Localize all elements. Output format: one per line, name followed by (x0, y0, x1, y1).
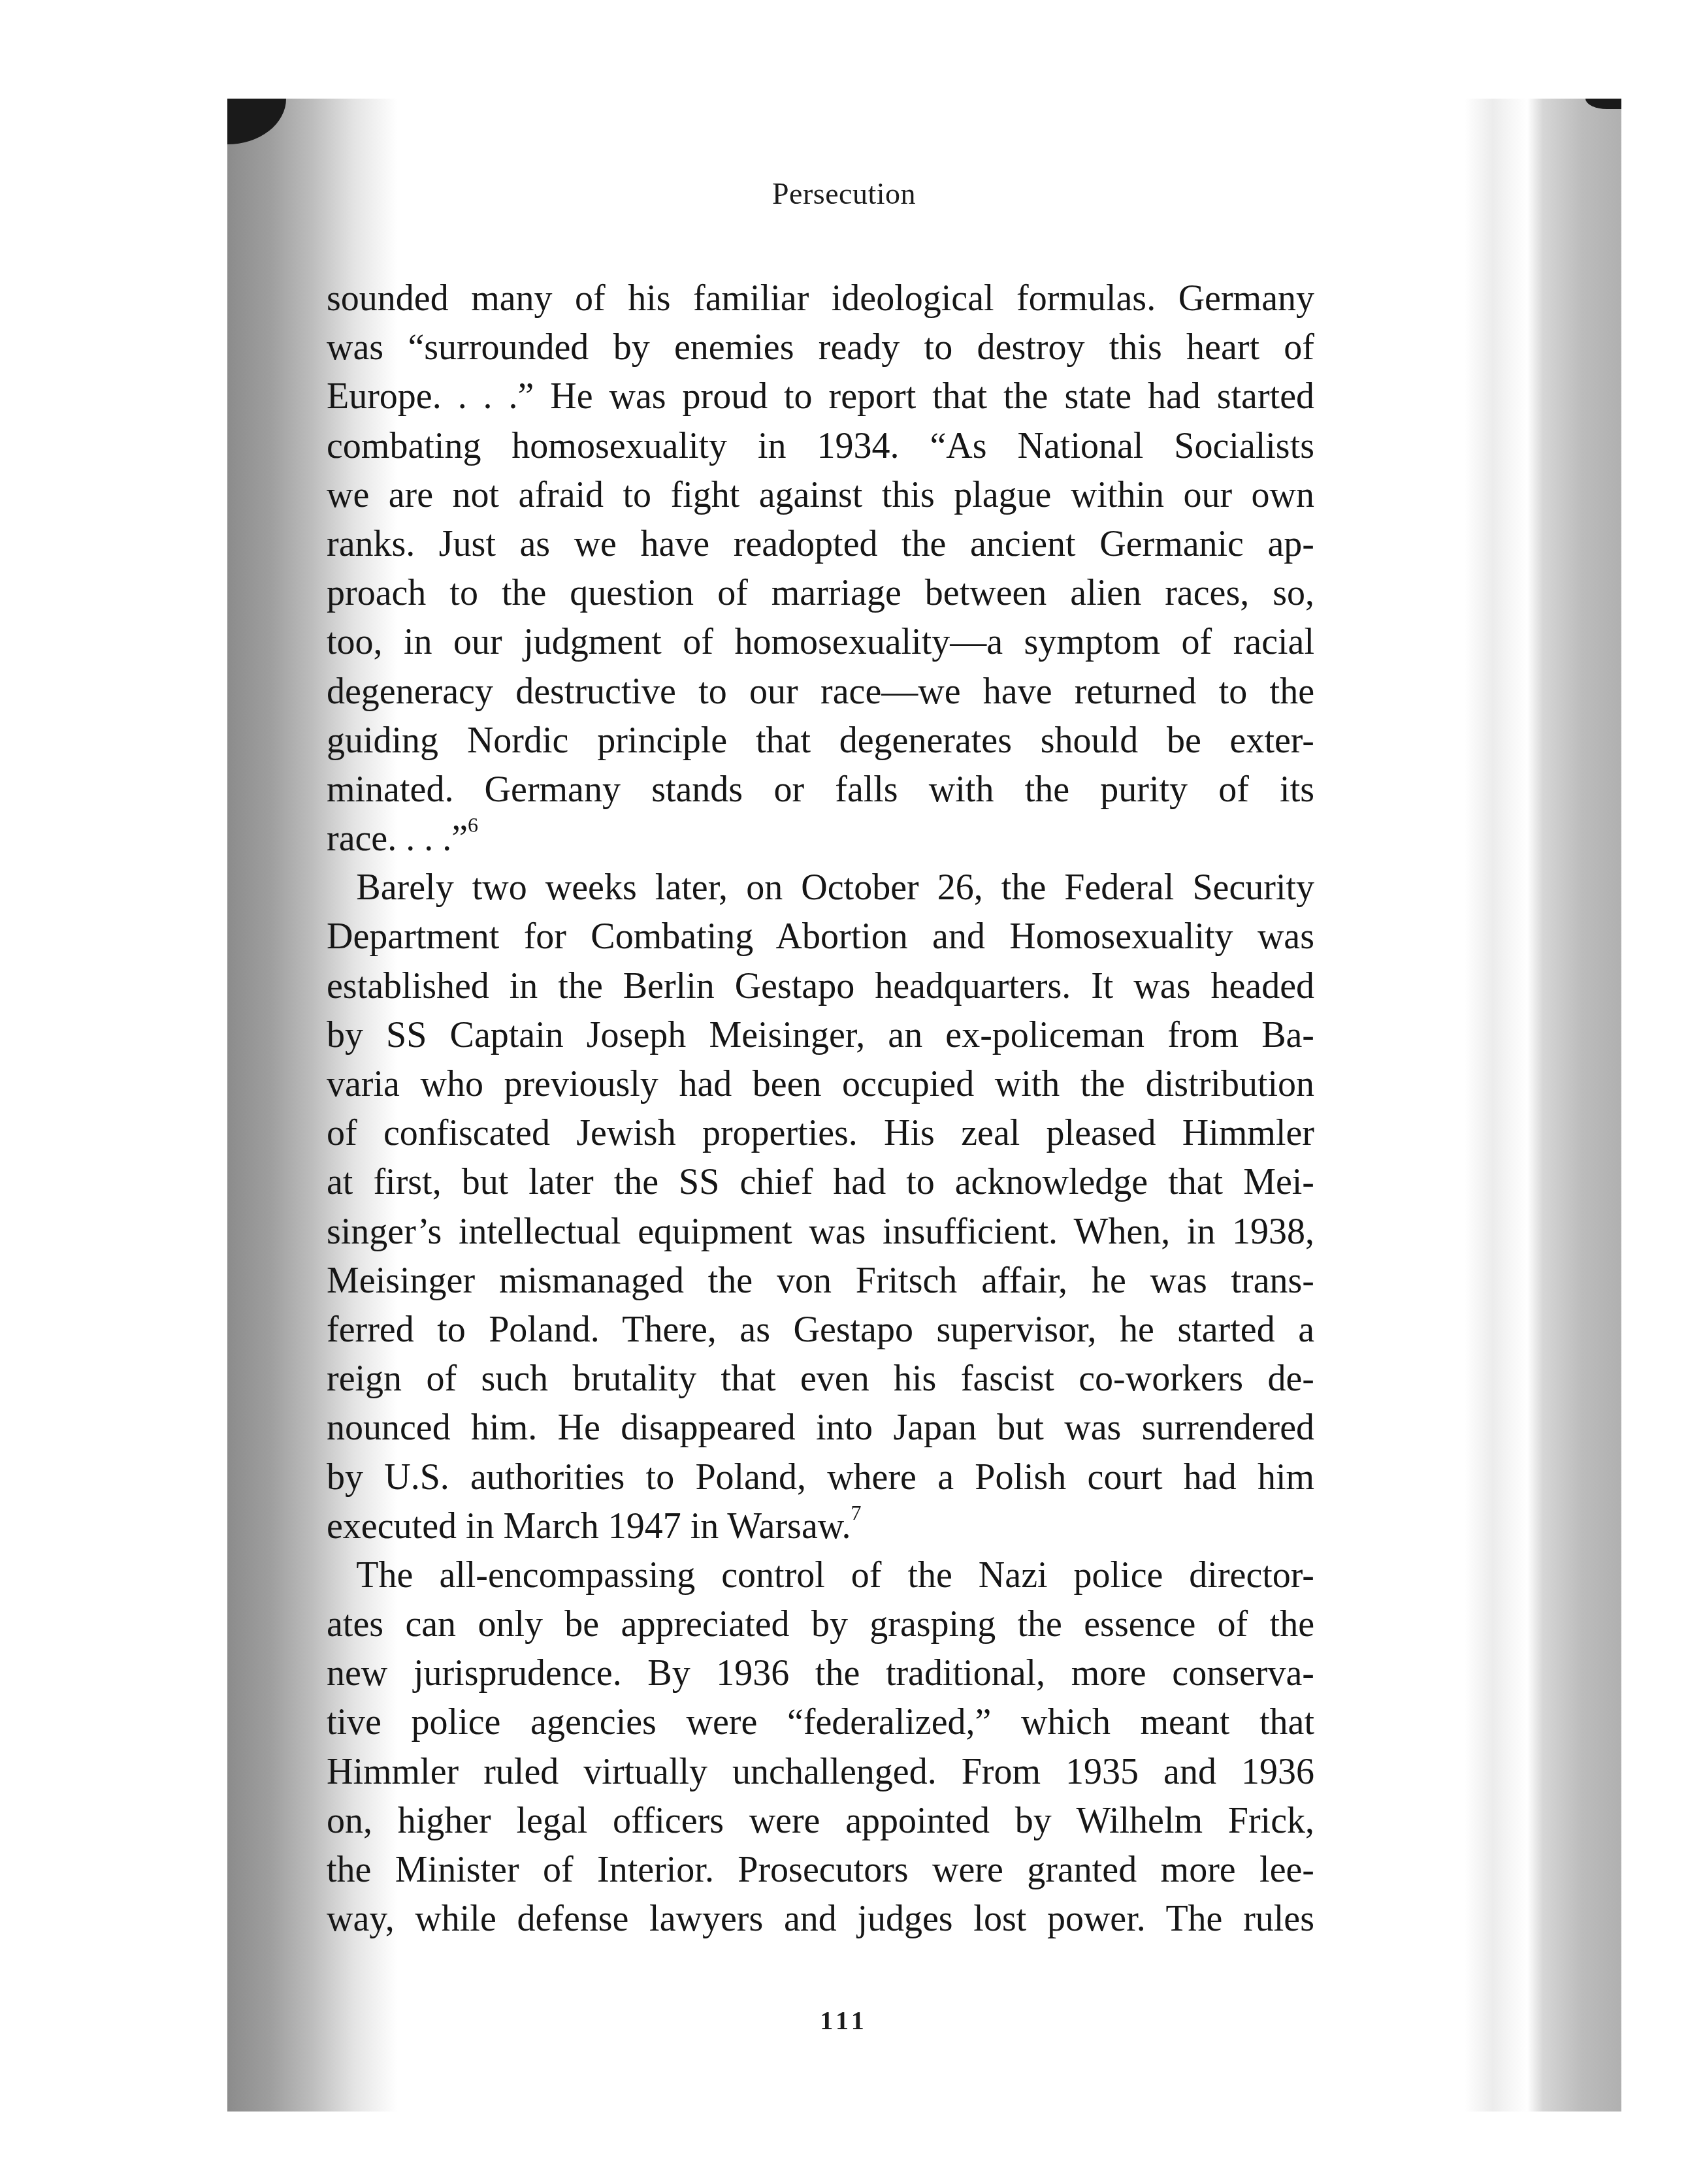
text-line: proach to the question of marriage betwe… (327, 569, 1314, 618)
text-line: established in the Berlin Gestapo headqu… (327, 962, 1314, 1011)
text-line: ranks. Just as we have readopted the anc… (327, 520, 1314, 569)
text-line: ates can only be appreciated by grasping… (327, 1600, 1314, 1649)
text-line: executed in March 1947 in Warsaw.7 (327, 1502, 1314, 1551)
text-line: by SS Captain Joseph Meisinger, an ex-po… (327, 1011, 1314, 1060)
text-line: way, while defense lawyers and judges lo… (327, 1895, 1314, 1944)
text-line: reign of such brutality that even his fa… (327, 1355, 1314, 1404)
text-line: was “surrounded by enemies ready to dest… (327, 323, 1314, 372)
book-page-edge (1465, 99, 1621, 2112)
text-line: race. . . .”6 (327, 814, 1314, 863)
text-line: sounded many of his familiar ideological… (327, 274, 1314, 323)
paragraph: The all-encompassing control of the Nazi… (327, 1551, 1314, 1944)
text-line: Meisinger mismanaged the von Fritsch aff… (327, 1257, 1314, 1306)
footnote-ref[interactable]: 6 (468, 813, 478, 837)
text-line-content: race. . . .” (327, 818, 468, 859)
text-line: we are not afraid to fight against this … (327, 471, 1314, 520)
footnote-ref[interactable]: 7 (851, 1501, 862, 1524)
text-line: Barely two weeks later, on October 26, t… (327, 863, 1314, 912)
text-line-content: executed in March 1947 in Warsaw. (327, 1506, 851, 1547)
text-line: on, higher legal officers were appointed… (327, 1797, 1314, 1846)
text-line: new jurisprudence. By 1936 the tradition… (327, 1649, 1314, 1698)
text-line: guiding Nordic principle that degenerate… (327, 716, 1314, 765)
text-line: varia who previously had been occupied w… (327, 1060, 1314, 1109)
text-line: singer’s intellectual equipment was insu… (327, 1208, 1314, 1257)
text-line: at first, but later the SS chief had to … (327, 1158, 1314, 1207)
text-line: by U.S. authorities to Poland, where a P… (327, 1453, 1314, 1502)
text-line: Europe. . . .” He was proud to report th… (327, 372, 1314, 421)
text-line: The all-encompassing control of the Nazi… (327, 1551, 1314, 1600)
text-line: tive police agencies were “federalized,”… (327, 1698, 1314, 1747)
text-line: Himmler ruled virtually unchallenged. Fr… (327, 1748, 1314, 1797)
text-line: minated. Germany stands or falls with th… (327, 765, 1314, 814)
page-number: 111 (0, 2005, 1688, 2036)
text-line: ferred to Poland. There, as Gestapo supe… (327, 1306, 1314, 1355)
text-line: Department for Combating Abortion and Ho… (327, 912, 1314, 961)
text-line: combating homosexuality in 1934. “As Nat… (327, 422, 1314, 471)
text-line: the Minister of Interior. Prosecutors we… (327, 1846, 1314, 1895)
text-line: degeneracy destructive to our race—we ha… (327, 667, 1314, 716)
body-text: sounded many of his familiar ideological… (327, 274, 1314, 1944)
text-line: of confiscated Jewish properties. His ze… (327, 1109, 1314, 1158)
paragraph: sounded many of his familiar ideological… (327, 274, 1314, 863)
running-head: Persecution (0, 176, 1688, 211)
text-line: too, in our judgment of homosexuality—a … (327, 618, 1314, 667)
text-line: nounced him. He disappeared into Japan b… (327, 1404, 1314, 1453)
paragraph: Barely two weeks later, on October 26, t… (327, 863, 1314, 1551)
